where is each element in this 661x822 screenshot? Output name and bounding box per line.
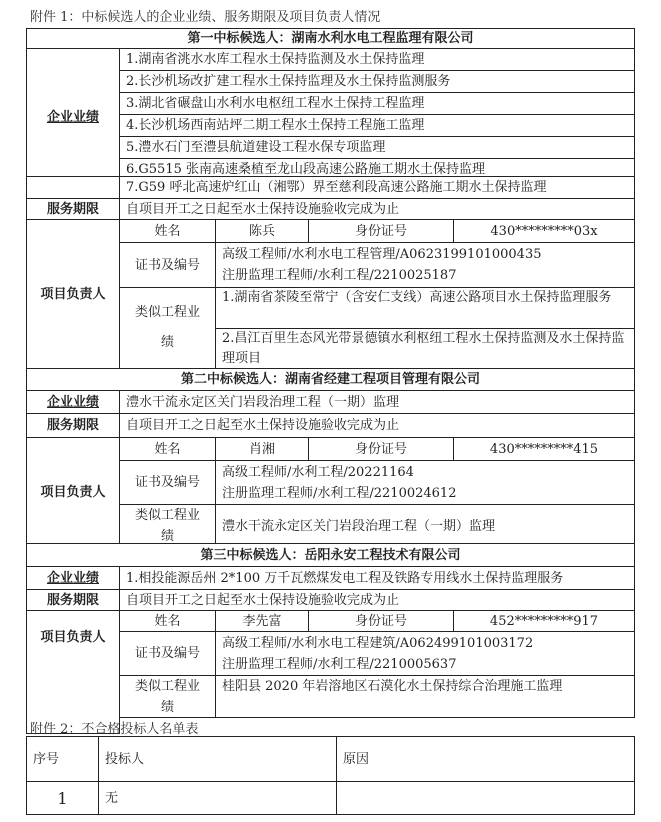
candidate-1-cert-label: 证书及编号 bbox=[119, 242, 216, 288]
performance-label-text: 企业业绩 bbox=[47, 392, 99, 413]
candidate-3-performance-item: 1.相投能源岳州 2*100 万千瓦燃煤发电工程及铁路专用线水土保持监理服务 bbox=[119, 566, 635, 590]
table-row-reason bbox=[336, 781, 635, 815]
candidate-1-certs: 高级工程师/水利水电工程管理/A0623199101000435 注册监理工程师… bbox=[215, 242, 635, 288]
column-header-reason: 原因 bbox=[336, 736, 635, 782]
candidate-1-performance-item: 2.长沙机场改扩建工程水土保持监理及水土保持监测服务 bbox=[119, 70, 635, 93]
cert-line: 注册监理工程师/水利工程/2210005637 bbox=[222, 654, 456, 675]
candidate-1-performance-item: 4.长沙机场西南站坪二期工程水土保持工程施工监理 bbox=[119, 114, 635, 137]
performance-label-text: 企业业绩 bbox=[47, 568, 99, 589]
attachment-1-caption: 附件 1：中标候选人的企业业绩、服务期限及项目负责人情况 bbox=[30, 6, 380, 25]
candidate-3-certs: 高级工程师/水利水电工程建筑/A062499101003172 注册监理工程师/… bbox=[215, 631, 635, 676]
cert-line: 注册监理工程师/水利工程/2210025187 bbox=[222, 265, 456, 286]
candidate-3-id-number: 452*********917 bbox=[453, 610, 635, 632]
candidate-1-name: 陈兵 bbox=[215, 219, 309, 243]
cert-line: 高级工程师/水利工程/20221164 bbox=[222, 462, 414, 483]
performance-label-text: 企业业绩 bbox=[47, 107, 99, 128]
cert-line: 高级工程师/水利水电工程建筑/A062499101003172 bbox=[222, 633, 533, 654]
candidate-3-similar-label: 类似工程业绩 bbox=[119, 675, 216, 718]
candidate-2-id-number: 430*********415 bbox=[453, 437, 635, 461]
candidate-1-performance-item: 1.湖南省洮水水库工程水土保持监测及水土保持监理 bbox=[119, 48, 635, 71]
candidate-2-performance-item: 澧水干流永定区关门岩段治理工程（一期）监理 bbox=[119, 390, 635, 414]
candidate-2-manager-label: 项目负责人 bbox=[26, 437, 120, 547]
candidate-3-cert-label: 证书及编号 bbox=[119, 631, 216, 676]
candidate-1-performance-item: 7.G59 呼北高速炉红山（湘鄂）界至慈利段高速公路施工期水土保持监理 bbox=[119, 176, 635, 199]
candidate-1-header: 第一中标候选人：湖南水利水电工程监理有限公司 bbox=[26, 28, 635, 49]
candidate-3-performance-label: 企业业绩 bbox=[26, 566, 120, 590]
candidate-2-similar-label: 类似工程业绩 bbox=[119, 504, 216, 548]
candidate-3-similar-item: 桂阳县 2020 年岩溶地区石漠化水土保持综合治理施工监理 bbox=[215, 675, 635, 718]
cert-line: 注册监理工程师/水利工程/2210024612 bbox=[222, 483, 456, 504]
candidate-3-name-label: 姓名 bbox=[119, 610, 216, 632]
candidate-1-performance-label: 企业业绩 bbox=[26, 48, 120, 187]
cert-line: 高级工程师/水利水电工程管理/A0623199101000435 bbox=[222, 244, 541, 265]
candidate-1-similar-item: 1.湖南省茶陵至常宁（含安仁支线）高速公路项目水土保持监理服务 bbox=[215, 287, 635, 329]
table-row-bidder: 无 bbox=[98, 781, 337, 815]
attachment-2-caption: 附件 2：不合格投标人名单表 bbox=[30, 718, 198, 737]
candidate-2-id-label: 身份证号 bbox=[308, 437, 454, 461]
candidate-3-header: 第三中标候选人：岳阳永安工程技术有限公司 bbox=[26, 543, 635, 567]
candidate-3-id-label: 身份证号 bbox=[308, 610, 454, 632]
candidate-3-manager-label: 项目负责人 bbox=[26, 610, 120, 734]
candidate-1-id-number: 430*********03x bbox=[453, 219, 635, 243]
candidate-1-name-label: 姓名 bbox=[119, 219, 216, 243]
candidate-1-id-label: 身份证号 bbox=[308, 219, 454, 243]
candidate-1-service-label: 服务期限 bbox=[26, 198, 120, 220]
candidate-1-performance-item: 5.澧水石门至澧县航道建设工程水保专项监理 bbox=[119, 136, 635, 159]
table-row-index: 1 bbox=[26, 781, 99, 815]
candidate-2-service-period: 自项目开工之日起至水土保持设施验收完成为止 bbox=[119, 413, 635, 438]
candidate-3-service-period: 自项目开工之日起至水土保持设施验收完成为止 bbox=[119, 589, 635, 611]
candidate-1-manager-label: 项目负责人 bbox=[26, 219, 120, 369]
candidate-2-similar-item: 澧水干流永定区关门岩段治理工程（一期）监理 bbox=[215, 504, 635, 548]
candidate-1-performance-item: 3.湖北省碾盘山水利水电枢纽工程水土保持工程监理 bbox=[119, 92, 635, 115]
candidate-1-similar-label: 类似工程业绩 bbox=[119, 287, 216, 369]
candidate-1-similar-item: 2.昌江百里生态风光带景德镇水利枢纽工程水土保持监测及水土保持监理项目 bbox=[215, 328, 635, 369]
column-header-bidder: 投标人 bbox=[98, 736, 337, 782]
candidate-2-performance-label: 企业业绩 bbox=[26, 390, 120, 414]
column-header-index: 序号 bbox=[26, 736, 99, 782]
candidate-1-service-period: 自项目开工之日起至水土保持设施验收完成为止 bbox=[119, 198, 635, 220]
candidate-3-service-label: 服务期限 bbox=[26, 589, 120, 611]
candidate-2-cert-label: 证书及编号 bbox=[119, 460, 216, 505]
candidate-3-name: 李先富 bbox=[215, 610, 309, 632]
candidate-2-certs: 高级工程师/水利工程/20221164 注册监理工程师/水利工程/2210024… bbox=[215, 460, 635, 505]
candidate-2-name-label: 姓名 bbox=[119, 437, 216, 461]
candidate-2-name: 肖湘 bbox=[215, 437, 309, 461]
candidate-2-service-label: 服务期限 bbox=[26, 413, 120, 438]
candidate-2-header: 第二中标候选人：湖南省经建工程项目管理有限公司 bbox=[26, 368, 635, 391]
candidate-1-performance-empty-label bbox=[26, 176, 120, 199]
